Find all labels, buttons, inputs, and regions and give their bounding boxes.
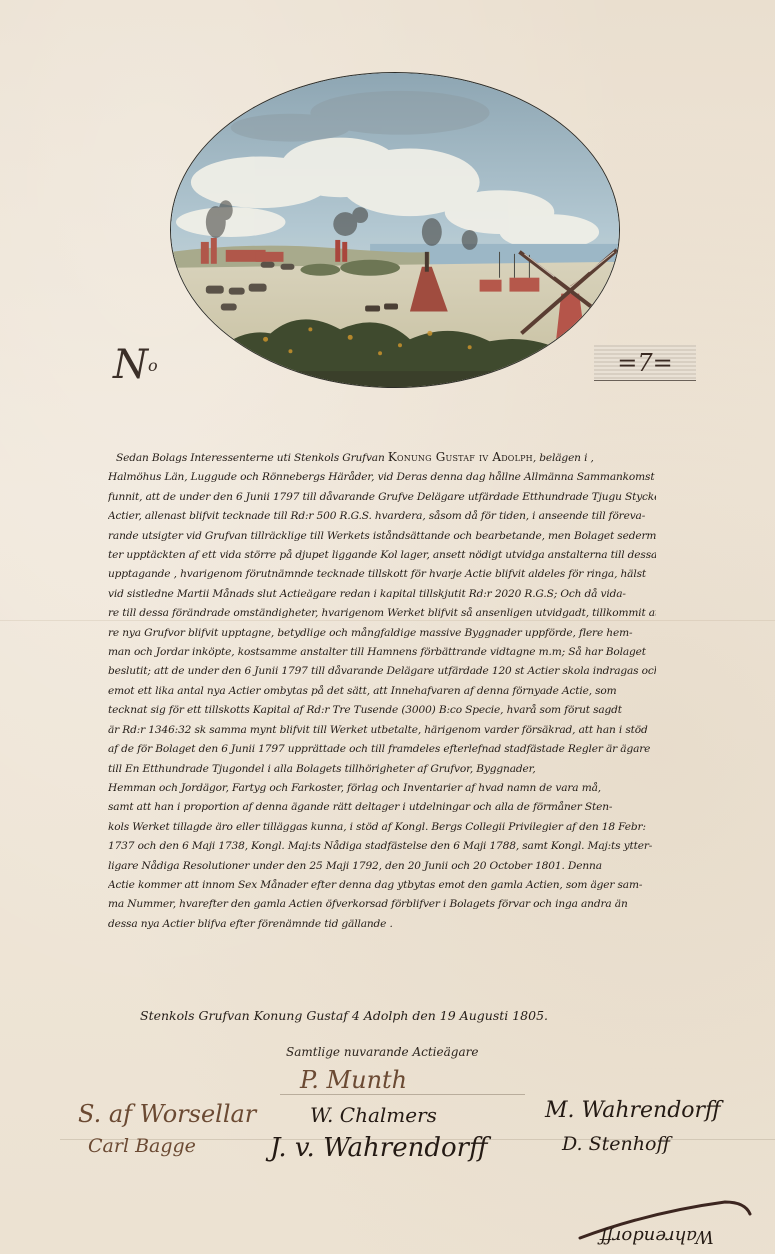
number-label-superscript: o: [148, 356, 158, 375]
body-line: Actie kommer att innom Sex Månader efter…: [108, 876, 656, 895]
body-line: ter upptäckten af ett vida större på dju…: [108, 546, 656, 565]
body-line: upptagande , hvarigenom förutnämnde teck…: [108, 565, 656, 584]
body-line: samt att han i proportion af denna ägand…: [108, 798, 656, 817]
signature-rule: [280, 1094, 525, 1095]
number-label: No: [113, 342, 158, 388]
body-line: rande utsigter vid Grufvan tillräcklige …: [108, 527, 656, 546]
body-line-suffix: , belägen i ,: [533, 452, 594, 464]
dateline: Stenkols Grufvan Konung Gustaf 4 Adolph …: [140, 1008, 548, 1023]
body-line: är Rd:r 1346:32 sk samma mynt blifvit ti…: [108, 721, 656, 740]
body-line: kols Werket tillagde äro eller tilläggas…: [108, 818, 656, 837]
signature-center-1: W. Chalmers: [310, 1103, 437, 1127]
shareholders-heading: Samtlige nuvarande Actieägare: [286, 1045, 478, 1059]
signature-top-center: P. Munth: [300, 1066, 407, 1094]
certificate-body-text: Sedan Bolags Interessenterne uti Stenkol…: [108, 448, 656, 934]
signature-bottom-right-inverted: Wahrendorff: [600, 1226, 714, 1247]
body-line: till En Etthundrade Tjugondel i alla Bol…: [108, 760, 656, 779]
signature-center-2: J. v. Wahrendorff: [270, 1133, 487, 1163]
signature-left-2: Carl Bagge: [88, 1135, 196, 1157]
body-line: tecknat sig för ett tillskotts Kapital a…: [108, 701, 656, 720]
number-label-letter: N: [113, 342, 148, 388]
body-line: dessa nya Actier blifva efter förenämnde…: [108, 915, 656, 934]
body-line: 1737 och den 6 Maji 1738, Kongl. Maj:ts …: [108, 837, 656, 856]
body-line: ma Nummer, hvarefter den gamla Actien öf…: [108, 895, 656, 914]
oval-illustration: [170, 72, 620, 388]
company-name: Konung Gustaf iv Adolph: [388, 450, 533, 464]
body-line: Sedan Bolags Interessenterne uti Stenkol…: [108, 448, 656, 468]
body-line: vid sistledne Martii Månads slut Actieäg…: [108, 585, 656, 604]
certificate-number: =7=: [617, 349, 673, 377]
body-line: beslutit; att de under den 6 Junii 1797 …: [108, 662, 656, 681]
signature-left-1: S. af Worsellar: [78, 1100, 256, 1128]
body-line-text: Sedan Bolags Interessenterne uti Stenkol…: [116, 452, 385, 464]
body-line: Actier, allenast blifvit tecknade till R…: [108, 507, 656, 526]
signature-right-1: M. Wahrendorff: [545, 1098, 721, 1123]
body-line: af de för Bolaget den 6 Junii 1797 upprä…: [108, 740, 656, 759]
certificate-number-box: =7=: [594, 345, 696, 381]
body-line: re nya Grufvor blifvit upptagne, betydli…: [108, 624, 656, 643]
coal-mine-landscape-image: [171, 73, 619, 387]
signature-right-2: D. Stenhoff: [562, 1133, 670, 1155]
body-line: ligare Nådiga Resolutioner under den 25 …: [108, 857, 656, 876]
body-line: Hemman och Jordägor, Fartyg och Farkoste…: [108, 779, 656, 798]
body-line: Halmöhus Län, Luggude och Rönnebergs Här…: [108, 468, 656, 487]
body-line: emot ett lika antal nya Actier ombytas p…: [108, 682, 656, 701]
share-certificate: No =7= Sedan Bolags Interessenterne uti …: [0, 0, 775, 1254]
body-line: man och Jordar inköpte, kostsamme anstal…: [108, 643, 656, 662]
body-line: re till dessa förändrade omständigheter,…: [108, 604, 656, 623]
body-line: funnit, att de under den 6 Junii 1797 ti…: [108, 488, 656, 507]
